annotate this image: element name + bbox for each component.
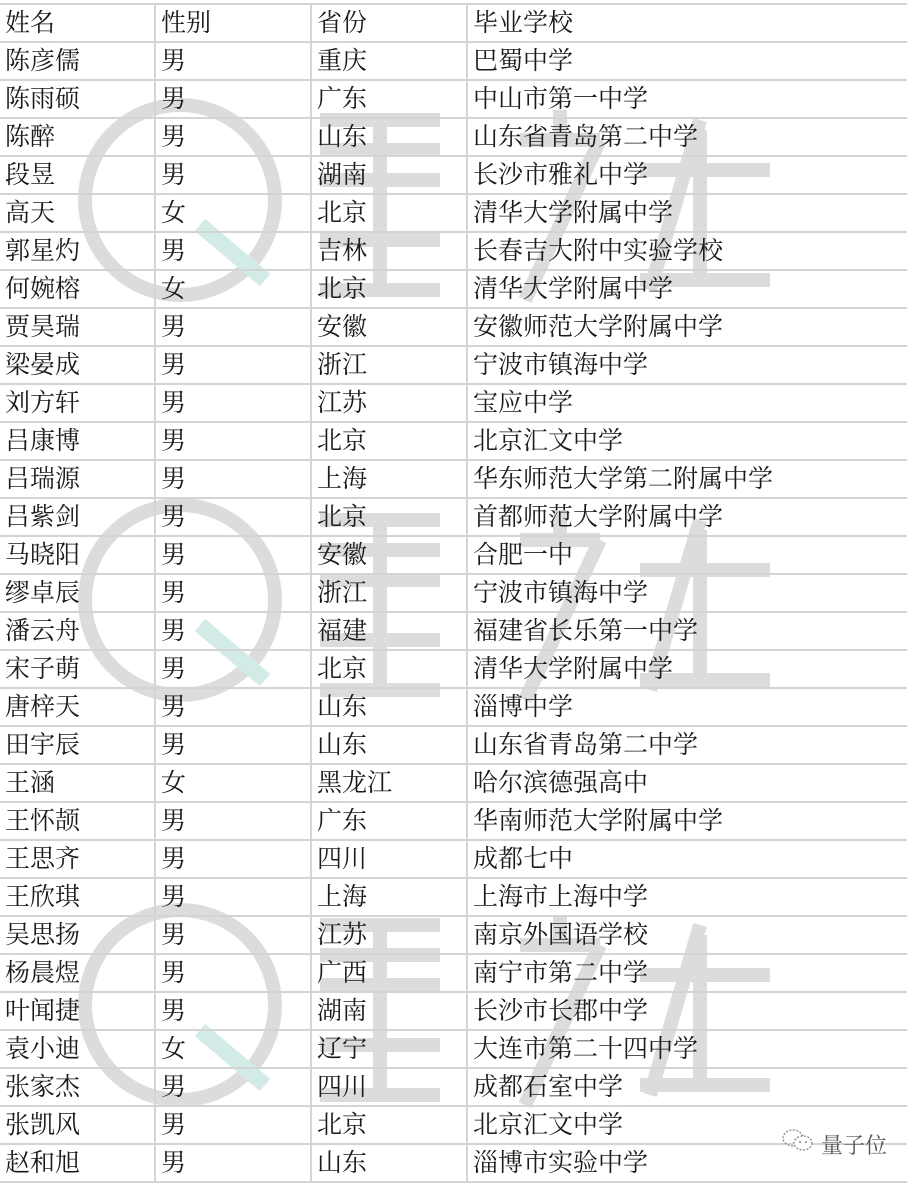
- cell-province[interactable]: 广东: [311, 80, 467, 118]
- cell-province[interactable]: 山东: [311, 688, 467, 726]
- cell-school[interactable]: 北京汇文中学: [467, 422, 907, 460]
- table-row: 缪卓辰男浙江宁波市镇海中学: [0, 574, 907, 612]
- cell-province[interactable]: 四川: [311, 1068, 467, 1106]
- table-row: 宋子萌男北京清华大学附属中学: [0, 650, 907, 688]
- cell-school[interactable]: 宁波市镇海中学: [467, 574, 907, 612]
- cell-name[interactable]: 吕瑞源: [0, 460, 155, 498]
- table-row: 杨晨煜男广西南宁市第二中学: [0, 954, 907, 992]
- wechat-icon: [781, 1128, 815, 1160]
- cell-province[interactable]: 浙江: [311, 574, 467, 612]
- cell-gender[interactable]: 男: [155, 118, 311, 156]
- table-row: 吴思扬男江苏南京外国语学校: [0, 916, 907, 954]
- cell-gender[interactable]: 男: [155, 802, 311, 840]
- cell-school[interactable]: 宝应中学: [467, 384, 907, 422]
- table-row: 王涵女黑龙江哈尔滨德强高中: [0, 764, 907, 802]
- cell-name[interactable]: 马晓阳: [0, 536, 155, 574]
- cell-name[interactable]: 田宇辰: [0, 726, 155, 764]
- cell-name[interactable]: 陈雨硕: [0, 80, 155, 118]
- cell-school[interactable]: 清华大学附属中学: [467, 270, 907, 308]
- cell-name[interactable]: 吕康博: [0, 422, 155, 460]
- cell-name[interactable]: 王怀颉: [0, 802, 155, 840]
- cell-school[interactable]: 南京外国语学校: [467, 916, 907, 954]
- cell-gender[interactable]: 男: [155, 916, 311, 954]
- cell-province[interactable]: 北京: [311, 194, 467, 232]
- cell-gender[interactable]: 男: [155, 726, 311, 764]
- cell-province[interactable]: 辽宁: [311, 1030, 467, 1068]
- cell-name[interactable]: 何婉榕: [0, 270, 155, 308]
- cell-name[interactable]: 吕紫剑: [0, 498, 155, 536]
- cell-gender[interactable]: 女: [155, 1030, 311, 1068]
- table-row: 王欣琪男上海上海市上海中学: [0, 878, 907, 916]
- cell-gender[interactable]: 男: [155, 1144, 311, 1182]
- cell-school[interactable]: 清华大学附属中学: [467, 650, 907, 688]
- table-row: 刘方轩男江苏宝应中学: [0, 384, 907, 422]
- cell-name[interactable]: 陈彦儒: [0, 42, 155, 80]
- cell-gender[interactable]: 男: [155, 308, 311, 346]
- cell-province[interactable]: 湖南: [311, 992, 467, 1030]
- cell-school[interactable]: 山东省青岛第二中学: [467, 118, 907, 156]
- table-row: 陈醉男山东山东省青岛第二中学: [0, 118, 907, 156]
- cell-school[interactable]: 淄博中学: [467, 688, 907, 726]
- cell-school[interactable]: 首都师范大学附属中学: [467, 498, 907, 536]
- cell-school[interactable]: 长沙市长郡中学: [467, 992, 907, 1030]
- cell-gender[interactable]: 男: [155, 346, 311, 384]
- table-row: 吕瑞源男上海华东师范大学第二附属中学: [0, 460, 907, 498]
- student-table: 姓名 性别 省份 毕业学校 陈彦儒男重庆巴蜀中学陈雨硕男广东中山市第一中学陈醉男…: [0, 3, 907, 1183]
- brand-name: 量子位: [821, 1129, 887, 1160]
- cell-province[interactable]: 广西: [311, 954, 467, 992]
- cell-name[interactable]: 张凯风: [0, 1106, 155, 1144]
- cell-school[interactable]: 南宁市第二中学: [467, 954, 907, 992]
- cell-name[interactable]: 王欣琪: [0, 878, 155, 916]
- cell-school[interactable]: 长沙市雅礼中学: [467, 156, 907, 194]
- cell-province[interactable]: 安徽: [311, 536, 467, 574]
- cell-province[interactable]: 山东: [311, 1144, 467, 1182]
- cell-name[interactable]: 高天: [0, 194, 155, 232]
- cell-province[interactable]: 北京: [311, 270, 467, 308]
- table-row: 梁晏成男浙江宁波市镇海中学: [0, 346, 907, 384]
- cell-province[interactable]: 北京: [311, 1106, 467, 1144]
- cell-gender[interactable]: 男: [155, 650, 311, 688]
- table-row: 吕紫剑男北京首都师范大学附属中学: [0, 498, 907, 536]
- cell-gender[interactable]: 男: [155, 1106, 311, 1144]
- cell-gender[interactable]: 男: [155, 574, 311, 612]
- cell-name[interactable]: 叶闻捷: [0, 992, 155, 1030]
- table-row: 陈雨硕男广东中山市第一中学: [0, 80, 907, 118]
- cell-name[interactable]: 袁小迪: [0, 1030, 155, 1068]
- table-row: 何婉榕女北京清华大学附属中学: [0, 270, 907, 308]
- cell-school[interactable]: 哈尔滨德强高中: [467, 764, 907, 802]
- table-row: 叶闻捷男湖南长沙市长郡中学: [0, 992, 907, 1030]
- table-row: 张家杰男四川成都石室中学: [0, 1068, 907, 1106]
- brand-watermark: 量子位: [781, 1128, 887, 1160]
- cell-province[interactable]: 广东: [311, 802, 467, 840]
- cell-gender[interactable]: 男: [155, 498, 311, 536]
- cell-name[interactable]: 宋子萌: [0, 650, 155, 688]
- cell-school[interactable]: 清华大学附属中学: [467, 194, 907, 232]
- cell-province[interactable]: 北京: [311, 422, 467, 460]
- cell-name[interactable]: 杨晨煜: [0, 954, 155, 992]
- cell-gender[interactable]: 男: [155, 460, 311, 498]
- cell-gender[interactable]: 女: [155, 270, 311, 308]
- table-row: 高天女北京清华大学附属中学: [0, 194, 907, 232]
- cell-province[interactable]: 浙江: [311, 346, 467, 384]
- table-row: 贾昊瑞男安徽安徽师范大学附属中学: [0, 308, 907, 346]
- cell-province[interactable]: 山东: [311, 118, 467, 156]
- header-school[interactable]: 毕业学校: [467, 4, 907, 42]
- cell-school[interactable]: 合肥一中: [467, 536, 907, 574]
- cell-school[interactable]: 安徽师范大学附属中学: [467, 308, 907, 346]
- cell-school[interactable]: 成都石室中学: [467, 1068, 907, 1106]
- cell-school[interactable]: 大连市第二十四中学: [467, 1030, 907, 1068]
- table-row: 段昱男湖南长沙市雅礼中学: [0, 156, 907, 194]
- table-row: 袁小迪女辽宁大连市第二十四中学: [0, 1030, 907, 1068]
- cell-gender[interactable]: 男: [155, 840, 311, 878]
- header-name[interactable]: 姓名: [0, 4, 155, 42]
- cell-gender[interactable]: 男: [155, 42, 311, 80]
- cell-name[interactable]: 刘方轩: [0, 384, 155, 422]
- cell-gender[interactable]: 男: [155, 232, 311, 270]
- cell-name[interactable]: 赵和旭: [0, 1144, 155, 1182]
- cell-province[interactable]: 北京: [311, 498, 467, 536]
- table-row: 潘云舟男福建福建省长乐第一中学: [0, 612, 907, 650]
- table-row: 马晓阳男安徽合肥一中: [0, 536, 907, 574]
- cell-province[interactable]: 吉林: [311, 232, 467, 270]
- table-row: 王怀颉男广东华南师范大学附属中学: [0, 802, 907, 840]
- cell-gender[interactable]: 男: [155, 612, 311, 650]
- cell-name[interactable]: 张家杰: [0, 1068, 155, 1106]
- table-row: 张凯风男北京北京汇文中学: [0, 1106, 907, 1144]
- table-row: 唐梓天男山东淄博中学: [0, 688, 907, 726]
- header-row: 姓名 性别 省份 毕业学校: [0, 4, 907, 42]
- cell-school[interactable]: 福建省长乐第一中学: [467, 612, 907, 650]
- cell-province[interactable]: 上海: [311, 878, 467, 916]
- cell-name[interactable]: 段昱: [0, 156, 155, 194]
- cell-province[interactable]: 福建: [311, 612, 467, 650]
- header-gender[interactable]: 性别: [155, 4, 311, 42]
- cell-name[interactable]: 陈醉: [0, 118, 155, 156]
- cell-school[interactable]: 上海市上海中学: [467, 878, 907, 916]
- cell-province[interactable]: 湖南: [311, 156, 467, 194]
- table-row: 赵和旭男山东淄博市实验中学: [0, 1144, 907, 1182]
- cell-province[interactable]: 山东: [311, 726, 467, 764]
- cell-name[interactable]: 吴思扬: [0, 916, 155, 954]
- cell-name[interactable]: 潘云舟: [0, 612, 155, 650]
- cell-gender[interactable]: 男: [155, 156, 311, 194]
- table-row: 王思齐男四川成都七中: [0, 840, 907, 878]
- cell-province[interactable]: 江苏: [311, 384, 467, 422]
- cell-gender[interactable]: 男: [155, 384, 311, 422]
- cell-gender[interactable]: 男: [155, 1068, 311, 1106]
- table-row: 吕康博男北京北京汇文中学: [0, 422, 907, 460]
- cell-school[interactable]: 山东省青岛第二中学: [467, 726, 907, 764]
- cell-name[interactable]: 王思齐: [0, 840, 155, 878]
- cell-name[interactable]: 贾昊瑞: [0, 308, 155, 346]
- cell-school[interactable]: 成都七中: [467, 840, 907, 878]
- cell-gender[interactable]: 男: [155, 422, 311, 460]
- cell-province[interactable]: 上海: [311, 460, 467, 498]
- cell-province[interactable]: 黑龙江: [311, 764, 467, 802]
- cell-gender[interactable]: 女: [155, 194, 311, 232]
- cell-province[interactable]: 北京: [311, 650, 467, 688]
- cell-province[interactable]: 重庆: [311, 42, 467, 80]
- cell-name[interactable]: 唐梓天: [0, 688, 155, 726]
- cell-school[interactable]: 中山市第一中学: [467, 80, 907, 118]
- cell-school[interactable]: 巴蜀中学: [467, 42, 907, 80]
- cell-gender[interactable]: 男: [155, 954, 311, 992]
- table-row: 陈彦儒男重庆巴蜀中学: [0, 42, 907, 80]
- cell-gender[interactable]: 男: [155, 688, 311, 726]
- cell-province[interactable]: 安徽: [311, 308, 467, 346]
- cell-school[interactable]: 华东师范大学第二附属中学: [467, 460, 907, 498]
- cell-name[interactable]: 缪卓辰: [0, 574, 155, 612]
- cell-gender[interactable]: 女: [155, 764, 311, 802]
- cell-school[interactable]: 华南师范大学附属中学: [467, 802, 907, 840]
- cell-province[interactable]: 江苏: [311, 916, 467, 954]
- cell-name[interactable]: 梁晏成: [0, 346, 155, 384]
- cell-name[interactable]: 郭星灼: [0, 232, 155, 270]
- cell-school[interactable]: 宁波市镇海中学: [467, 346, 907, 384]
- table-row: 郭星灼男吉林长春吉大附中实验学校: [0, 232, 907, 270]
- cell-province[interactable]: 四川: [311, 840, 467, 878]
- cell-gender[interactable]: 男: [155, 878, 311, 916]
- cell-gender[interactable]: 男: [155, 992, 311, 1030]
- cell-gender[interactable]: 男: [155, 536, 311, 574]
- cell-school[interactable]: 长春吉大附中实验学校: [467, 232, 907, 270]
- table-row: 田宇辰男山东山东省青岛第二中学: [0, 726, 907, 764]
- header-province[interactable]: 省份: [311, 4, 467, 42]
- cell-name[interactable]: 王涵: [0, 764, 155, 802]
- cell-gender[interactable]: 男: [155, 80, 311, 118]
